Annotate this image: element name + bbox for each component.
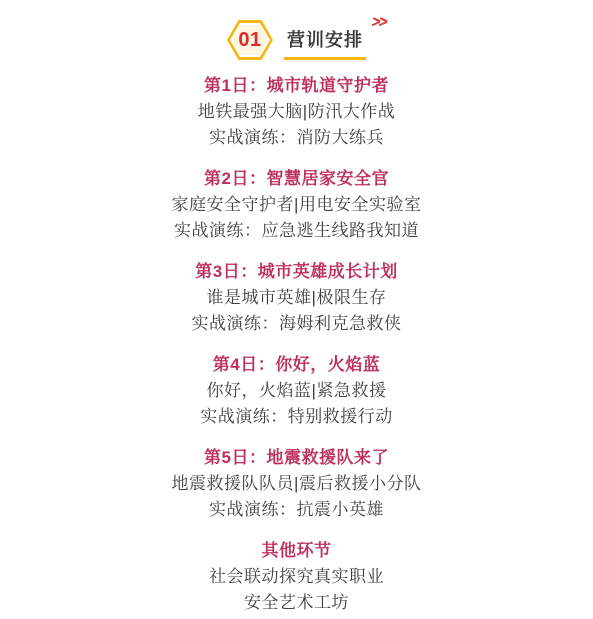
schedule-other: 其他环节 社会联动探究真实职业 安全艺术工坊 (0, 538, 593, 616)
other-line: 社会联动探究真实职业 (0, 564, 593, 590)
day-activities: 谁是城市英雄|极限生存 (0, 285, 593, 311)
day-title: 第5日：地震救援队来了 (0, 445, 593, 471)
day-drill: 实战演练：应急逃生线路我知道 (0, 218, 593, 244)
day-activities: 你好，火焰蓝|紧急救援 (0, 378, 593, 404)
other-line: 安全艺术工坊 (0, 590, 593, 616)
hexagon-badge: 01 (227, 20, 273, 60)
schedule-day-3: 第3日：城市英雄成长计划 谁是城市英雄|极限生存 实战演练：海姆利克急救侠 (0, 259, 593, 337)
schedule-day-4: 第4日：你好，火焰蓝 你好，火焰蓝|紧急救援 实战演练：特别救援行动 (0, 352, 593, 430)
schedule-day-5: 第5日：地震救援队来了 地震救援队队员|震后救援小分队 实战演练：抗震小英雄 (0, 445, 593, 523)
day-title: 第2日：智慧居家安全官 (0, 166, 593, 192)
day-drill: 实战演练：特别救援行动 (0, 404, 593, 430)
day-title: 第4日：你好，火焰蓝 (0, 352, 593, 378)
schedule-list: 第1日：城市轨道守护者 地铁最强大脑|防汛大作战 实战演练：消防大练兵 第2日：… (0, 73, 593, 616)
day-activities: 地铁最强大脑|防汛大作战 (0, 99, 593, 125)
other-title: 其他环节 (0, 538, 593, 564)
day-title: 第1日：城市轨道守护者 (0, 73, 593, 99)
header-title-wrap: >> 营训安排 (284, 30, 366, 60)
day-activities: 地震救援队队员|震后救援小分队 (0, 471, 593, 497)
badge-number: 01 (238, 30, 261, 50)
double-chevron-icon: >> (370, 13, 387, 29)
day-title: 第3日：城市英雄成长计划 (0, 259, 593, 285)
day-activities: 家庭安全守护者|用电安全实验室 (0, 192, 593, 218)
camp-schedule-page: 01 >> 营训安排 第1日：城市轨道守护者 地铁最强大脑|防汛大作战 实战演练… (0, 0, 593, 619)
schedule-day-1: 第1日：城市轨道守护者 地铁最强大脑|防汛大作战 实战演练：消防大练兵 (0, 73, 593, 151)
page-title: 营训安排 (287, 30, 363, 51)
day-drill: 实战演练：海姆利克急救侠 (0, 311, 593, 337)
section-header: 01 >> 营训安排 (0, 20, 593, 60)
day-drill: 实战演练：消防大练兵 (0, 125, 593, 151)
schedule-day-2: 第2日：智慧居家安全官 家庭安全守护者|用电安全实验室 实战演练：应急逃生线路我… (0, 166, 593, 244)
day-drill: 实战演练：抗震小英雄 (0, 497, 593, 523)
